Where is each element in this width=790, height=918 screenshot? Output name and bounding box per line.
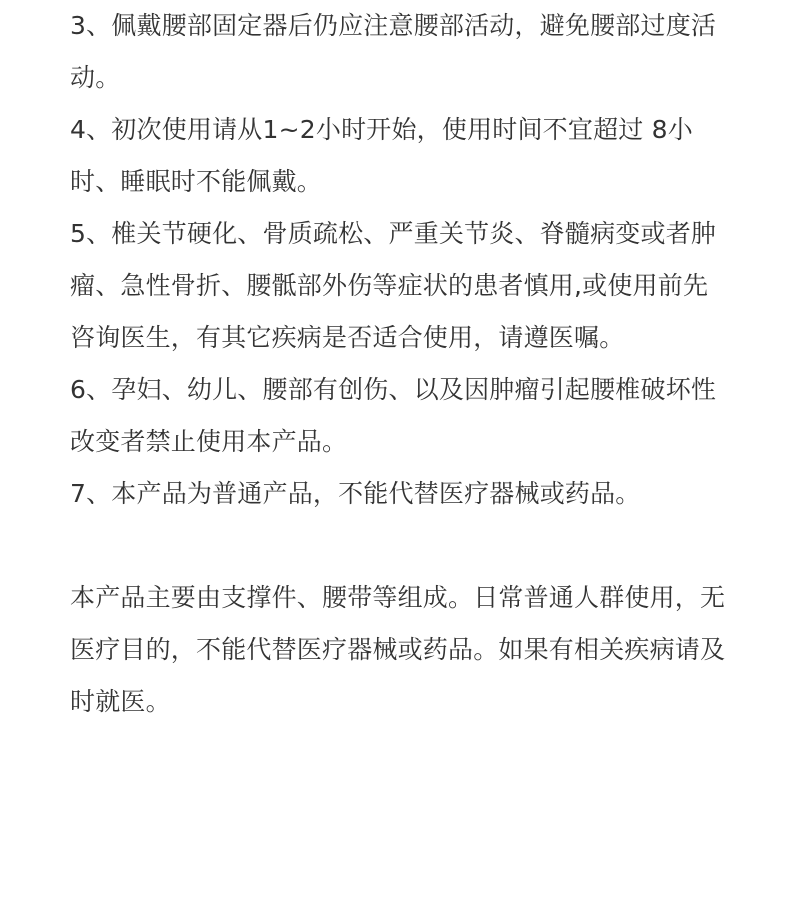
product-usage-notes: 3、佩戴腰部固定器后仍应注意腰部活动，避免腰部过度活动。 4、初次使用请从1~2… <box>70 0 730 728</box>
product-disclaimer: 本产品主要由支撑件、腰带等组成。日常普通人群使用，无医疗目的，不能代替医疗器械或… <box>70 572 730 728</box>
note-item-3: 3、佩戴腰部固定器后仍应注意腰部活动，避免腰部过度活动。 <box>70 0 730 104</box>
note-item-7: 7、本产品为普通产品，不能代替医疗器械或药品。 <box>70 468 730 520</box>
paragraph-spacer <box>70 520 730 572</box>
note-item-4: 4、初次使用请从1~2小时开始，使用时间不宜超过 8小时、睡眠时不能佩戴。 <box>70 104 730 208</box>
note-item-5: 5、椎关节硬化、骨质疏松、严重关节炎、脊髓病变或者肿瘤、急性骨折、腰骶部外伤等症… <box>70 208 730 364</box>
note-item-6: 6、孕妇、幼儿、腰部有创伤、以及因肿瘤引起腰椎破坏性改变者禁止使用本产品。 <box>70 364 730 468</box>
